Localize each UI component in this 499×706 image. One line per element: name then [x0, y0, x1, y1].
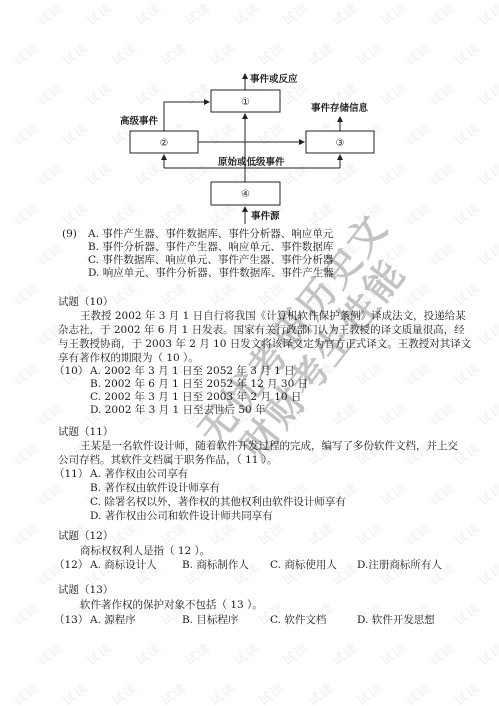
q10-option-d: D. 2002 年 3 月 1 日至去世后 50 年: [90, 404, 266, 417]
q12-option-d: D.注册商标所有人: [357, 559, 442, 572]
label-high-level-event: 高级事件: [120, 115, 159, 127]
q10-option-b: B. 2002 年 6 月 1 日至 2052 年 12 月 30 日: [90, 378, 308, 391]
q13-body: 软件著作权的保护对象不包括（ 13 ）。: [80, 599, 263, 612]
q11-title: 试题（11）: [58, 426, 113, 439]
q11-body-line-2: 公司存档。其软件文档属于职务作品，（ 11 ）。: [58, 454, 278, 467]
box-4-label: ④: [241, 189, 250, 200]
q9-option-a: A. 事件产生器、事件数据库、事件分析器、响应单元: [88, 228, 333, 241]
q10-option-a: A. 2002 年 3 月 1 日至 2052 年 3 月 1 日: [90, 365, 295, 378]
box-2-label: ②: [160, 138, 169, 149]
q10-body-line-1: 王教授 2002 年 3 月 1 日自行将我国《计算机软件保护条例》译成法文，投…: [80, 310, 466, 323]
q10-body-line-4: 享有著作权的期限为（ 10 ）。: [58, 352, 199, 365]
q10-body-line-2: 杂志社，于 2002 年 6 月 1 日发表。国家有关行政部门认为王教授的译文质…: [58, 324, 465, 337]
q10-number: （10）: [54, 365, 88, 378]
q12-option-b: B. 商标制作人: [182, 559, 249, 572]
q9-option-b: B. 事件分析器、事件产生器、响应单元、事件数据库: [88, 241, 333, 254]
q9-option-c: C. 事件数据库、响应单元、事件产生器、事件分析器: [88, 254, 333, 267]
q11-option-d: D. 著作权由公司和软件设计师共同享有: [90, 510, 273, 523]
q12-number: （12）: [54, 559, 88, 572]
q11-option-c: C. 除署名权以外，著作权的其他权利由软件设计师享有: [90, 496, 346, 509]
q10-option-c: C. 2002 年 3 月 1 日至 2003 年 2 月 10 日: [90, 391, 301, 404]
label-raw-events: 原始或低级事件: [218, 156, 285, 168]
label-event-storage: 事件存储信息: [311, 102, 369, 114]
q13-title: 试题（13）: [58, 584, 113, 597]
q11-option-a: A. 著作权由公司享有: [90, 468, 188, 481]
document-page: ① ② ③ ④ 事件或反应 高级事件 事件存储信息 原始或低级事件 事件源 (9…: [0, 0, 499, 706]
label-event-or-response: 事件或反应: [250, 73, 298, 85]
q11-number: （11）: [54, 468, 88, 481]
q12-title: 试题（12）: [58, 530, 113, 543]
q12-body: 商标权权利人是指（ 12 ）。: [80, 545, 210, 558]
q12-option-a: A. 商标设计人: [90, 559, 157, 572]
box-1-label: ①: [241, 97, 250, 108]
q10-title: 试题（10）: [58, 296, 113, 309]
q13-option-a: A. 源程序: [90, 614, 136, 627]
label-event-source: 事件源: [251, 210, 280, 222]
q13-number: （13）: [54, 614, 88, 627]
q9-number: (9): [62, 228, 77, 241]
q13-option-c: C. 软件文档: [270, 614, 326, 627]
q12-option-c: C. 商标使用人: [270, 559, 337, 572]
q9-option-d: D. 响应单元、事件分析器、事件数据库、事件产生器: [88, 267, 334, 280]
box-3-label: ③: [336, 138, 345, 149]
q10-body-line-3: 与王教授协商，于 2003 年 2 月 10 日发文将该译文定为官方正式译文。王…: [58, 338, 471, 351]
event-flow-diagram: ① ② ③ ④ 事件或反应 高级事件 事件存储信息 原始或低级事件 事件源: [0, 0, 499, 230]
q11-option-b: B. 著作权由软件设计师享有: [90, 482, 220, 495]
q13-option-b: B. 目标程序: [182, 614, 238, 627]
q11-body-line-1: 王某是一名软件设计师，随着软件开发过程的完成，编写了多份软件文档，并上交: [80, 440, 458, 453]
q13-option-d: D. 软件开发思想: [357, 614, 435, 627]
